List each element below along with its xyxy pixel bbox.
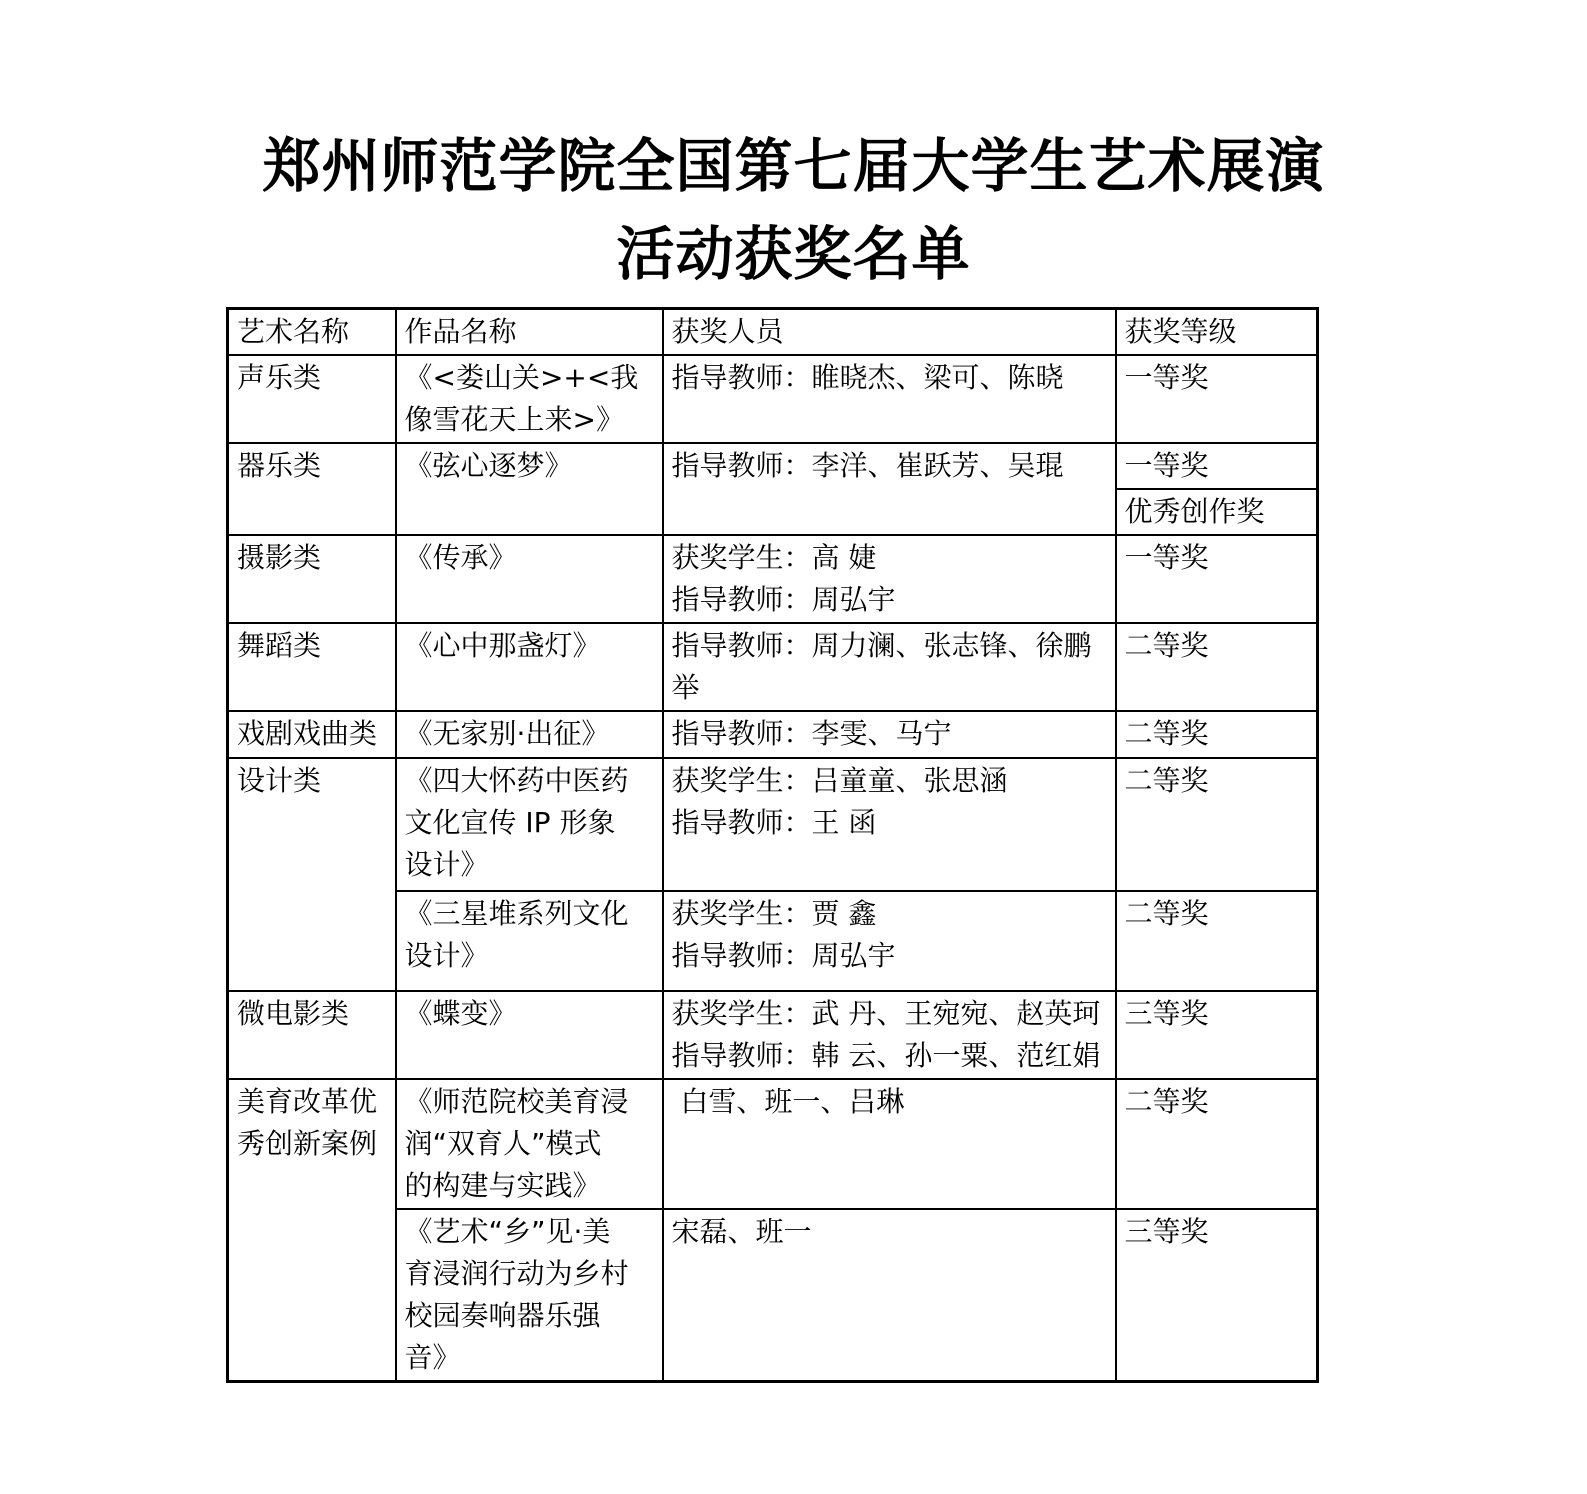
award-level-cell: 二等奖 [1116,758,1318,891]
category-cell: 器乐类 [228,443,396,535]
table-header-row: 艺术名称 作品名称 获奖人员 获奖等级 [228,309,1318,356]
work-title-cell: 《艺术“乡”见·美 育浸润行动为乡村 校园奏响器乐强 音》 [396,1209,663,1382]
award-level-cell: 三等奖 [1116,1209,1318,1382]
award-level-cell: 一等奖 [1116,355,1318,443]
header-work-name: 作品名称 [396,309,663,356]
awardees-cell: 指导教师：李雯、马宁 [663,711,1116,758]
work-title-cell: 《三星堆系列文化 设计》 [396,891,663,991]
award-level-cell: 一等奖 [1116,443,1318,489]
awardees-cell: 宋磊、班一 [663,1209,1116,1382]
row-drama-opera: 戏剧戏曲类 《无家别·出征》 指导教师：李雯、马宁 二等奖 [228,711,1318,758]
awardees-cell: 指导教师：李洋、崔跃芳、吴琨 [663,443,1116,535]
awardees-cell: 指导教师：周力澜、张志锋、徐鹏 举 [663,623,1116,711]
category-cell: 舞蹈类 [228,623,396,711]
row-vocal: 声乐类 《<娄山关>+<我 像雪花天上来>》 指导教师：睢晓杰、梁可、陈晓 一等… [228,355,1318,443]
work-title-cell: 《无家别·出征》 [396,711,663,758]
row-instrumental: 器乐类 《弦心逐梦》 指导教师：李洋、崔跃芳、吴琨 一等奖 [228,443,1318,489]
row-aesthetic-education-1: 美育改革优秀创新案例 《师范院校美育浸 润“双育人”模式 的构建与实践》 白雪、… [228,1079,1318,1209]
row-photography: 摄影类 《传承》 获奖学生：高 婕 指导教师：周弘宇 一等奖 [228,535,1318,623]
awards-table: 艺术名称 作品名称 获奖人员 获奖等级 声乐类 《<娄山关>+<我 像雪花天上来… [226,307,1319,1383]
row-dance: 舞蹈类 《心中那盏灯》 指导教师：周力澜、张志锋、徐鹏 举 二等奖 [228,623,1318,711]
awardees-cell: 获奖学生：武 丹、王宛宛、赵英珂 指导教师：韩 云、孙一粟、范红娟 [663,991,1116,1079]
award-level-cell: 二等奖 [1116,623,1318,711]
category-cell: 戏剧戏曲类 [228,711,396,758]
work-title-cell: 《弦心逐梦》 [396,443,663,535]
work-title-cell: 《<娄山关>+<我 像雪花天上来>》 [396,355,663,443]
awardees-cell: 获奖学生：贾 鑫 指导教师：周弘宇 [663,891,1116,991]
work-title-cell: 《四大怀药中医药 文化宣传 IP 形象 设计》 [396,758,663,891]
header-awardees: 获奖人员 [663,309,1116,356]
awardees-cell: 白雪、班一、吕琳 [663,1079,1116,1209]
awardees-cell: 获奖学生：高 婕 指导教师：周弘宇 [663,535,1116,623]
category-cell: 微电影类 [228,991,396,1079]
header-award-level: 获奖等级 [1116,309,1318,356]
award-level-cell: 二等奖 [1116,1079,1318,1209]
awardees-cell: 获奖学生：吕童童、张思涵 指导教师：王 函 [663,758,1116,891]
award-level-cell: 优秀创作奖 [1116,489,1318,535]
category-cell: 摄影类 [228,535,396,623]
category-cell: 美育改革优秀创新案例 [228,1079,396,1382]
page-title-line-2: 活动获奖名单 [0,210,1587,298]
award-level-cell: 二等奖 [1116,891,1318,991]
header-art-name: 艺术名称 [228,309,396,356]
award-level-cell: 三等奖 [1116,991,1318,1079]
award-level-cell: 一等奖 [1116,535,1318,623]
row-design-1: 设计类 《四大怀药中医药 文化宣传 IP 形象 设计》 获奖学生：吕童童、张思涵… [228,758,1318,891]
category-cell: 声乐类 [228,355,396,443]
page-title: 郑州师范学院全国第七届大学生艺术展演 活动获奖名单 [0,122,1587,298]
page-title-line-1: 郑州师范学院全国第七届大学生艺术展演 [0,122,1587,210]
work-title-cell: 《心中那盏灯》 [396,623,663,711]
award-level-cell: 二等奖 [1116,711,1318,758]
work-title-cell: 《师范院校美育浸 润“双育人”模式 的构建与实践》 [396,1079,663,1209]
category-cell: 设计类 [228,758,396,991]
work-title-cell: 《传承》 [396,535,663,623]
awardees-cell: 指导教师：睢晓杰、梁可、陈晓 [663,355,1116,443]
row-microfilm: 微电影类 《蝶变》 获奖学生：武 丹、王宛宛、赵英珂 指导教师：韩 云、孙一粟、… [228,991,1318,1079]
work-title-cell: 《蝶变》 [396,991,663,1079]
document-page: 郑州师范学院全国第七届大学生艺术展演 活动获奖名单 艺术名称 作品名称 获奖人员… [0,0,1587,1494]
